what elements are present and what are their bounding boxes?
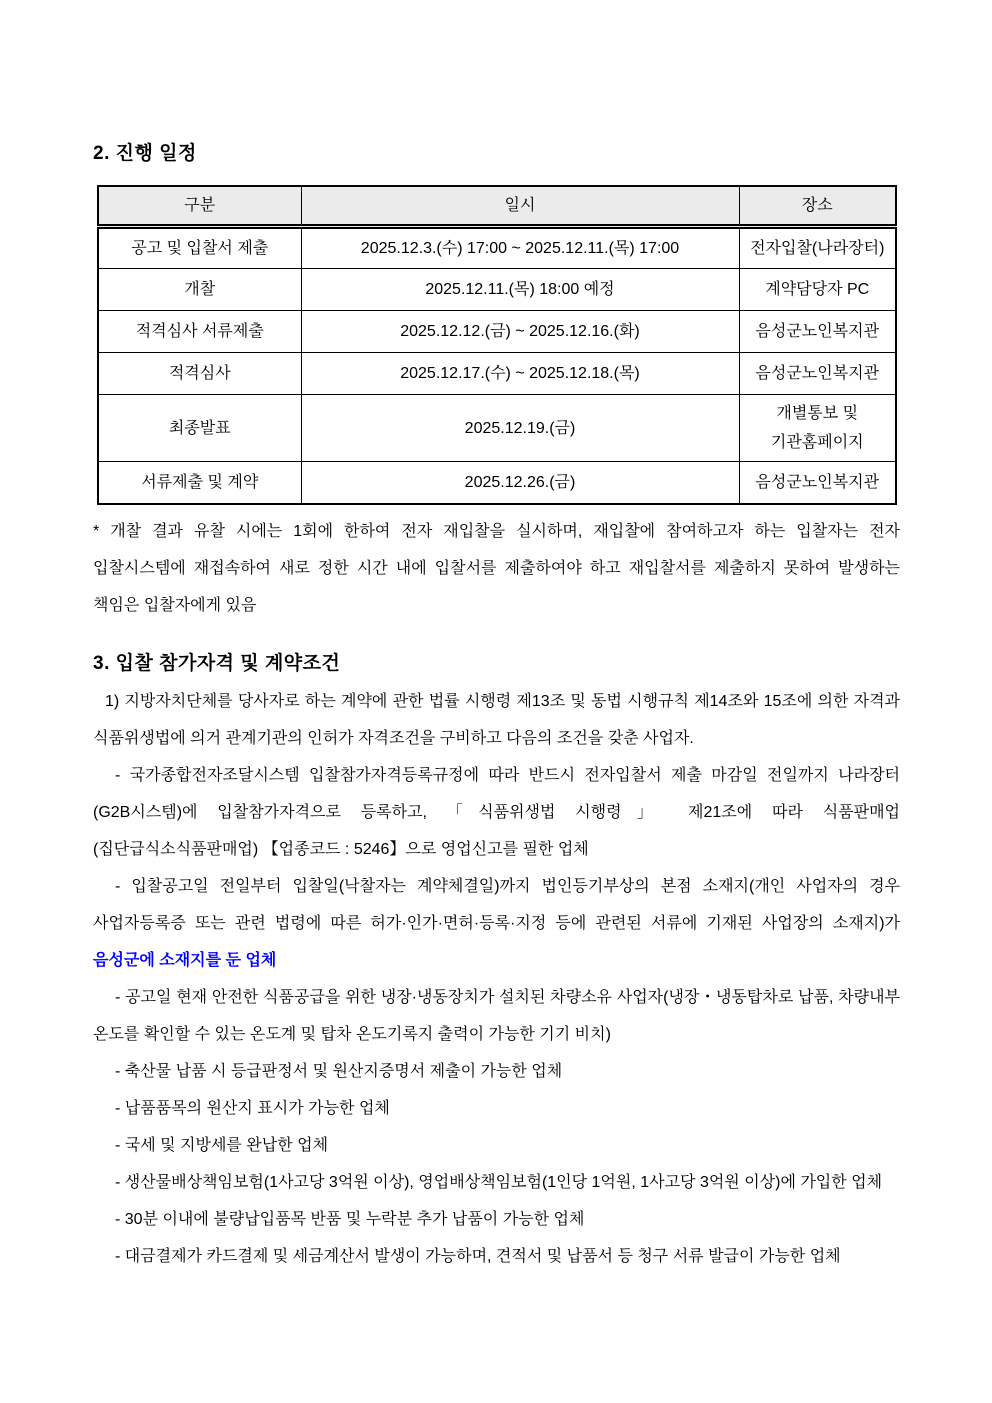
schedule-datetime: 2025.12.11.(목) 18:00 예정 bbox=[301, 269, 739, 311]
section3-title: 3. 입찰 참가자격 및 계약조건 bbox=[93, 648, 900, 675]
schedule-datetime: 2025.12.26.(금) bbox=[301, 462, 739, 504]
schedule-datetime: 2025.12.17.(수) ~ 2025.12.18.(목) bbox=[301, 353, 739, 395]
schedule-category: 개찰 bbox=[98, 269, 301, 311]
bullet-item-refrigerated-vehicle: - 공고일 현재 안전한 식품공급을 위한 냉장·냉동장치가 설치된 차량소유 … bbox=[93, 979, 900, 1053]
schedule-category: 최종발표 bbox=[98, 395, 301, 462]
bullet-item-origin-labeling: - 납품품목의 원산지 표시가 가능한 업체 bbox=[93, 1090, 900, 1127]
schedule-location: 음성군노인복지관 bbox=[739, 311, 896, 353]
document-page: 2. 진행 일정 구분 일시 장소 공고 및 입찰서 제출 2025.12.3.… bbox=[0, 0, 992, 1403]
bullet-text: - 입찰공고일 전일부터 입찰일(낙찰자는 계약체결일)까지 법인등기부상의 본… bbox=[93, 878, 900, 932]
schedule-location: 음성군노인복지관 bbox=[739, 462, 896, 504]
column-header-location: 장소 bbox=[739, 186, 896, 227]
table-row: 공고 및 입찰서 제출 2025.12.3.(수) 17:00 ~ 2025.1… bbox=[98, 227, 896, 269]
table-row: 최종발표 2025.12.19.(금) 개별통보 및 기관홈페이지 bbox=[98, 395, 896, 462]
column-header-datetime: 일시 bbox=[301, 186, 739, 227]
schedule-table: 구분 일시 장소 공고 및 입찰서 제출 2025.12.3.(수) 17:00… bbox=[97, 185, 897, 505]
bullet-item-tax-payment: - 국세 및 지방세를 완납한 업체 bbox=[93, 1127, 900, 1164]
section3-intro: 1) 지방자치단체를 당사자로 하는 계약에 관한 법률 시행령 제13조 및 … bbox=[93, 683, 900, 757]
table-header-row: 구분 일시 장소 bbox=[98, 186, 896, 227]
bullet-item-location-requirement: - 입찰공고일 전일부터 입찰일(낙찰자는 계약체결일)까지 법인등기부상의 본… bbox=[93, 868, 900, 979]
schedule-datetime: 2025.12.3.(수) 17:00 ~ 2025.12.11.(목) 17:… bbox=[301, 227, 739, 269]
bullet-item-liability-insurance: - 생산물배상책임보험(1사고당 3억원 이상), 영업배상책임보험(1인당 1… bbox=[93, 1164, 900, 1201]
highlighted-location-text: 음성군에 소재지를 둔 업체 bbox=[93, 952, 276, 969]
schedule-location: 계약담당자 PC bbox=[739, 269, 896, 311]
bullet-item-payment-documents: - 대금결제가 카드결제 및 세금계산서 발생이 가능하며, 견적서 및 납품서… bbox=[93, 1238, 900, 1275]
bullet-item-livestock-certificates: - 축산물 납품 시 등급판정서 및 원산지증명서 제출이 가능한 업체 bbox=[93, 1053, 900, 1090]
bullet-item-g2b-registration: - 국가종합전자조달시스템 입찰참가자격등록규정에 따라 반드시 전자입찰서 제… bbox=[93, 757, 900, 868]
schedule-category: 서류제출 및 계약 bbox=[98, 462, 301, 504]
schedule-location: 전자입찰(나라장터) bbox=[739, 227, 896, 269]
table-row: 개찰 2025.12.11.(목) 18:00 예정 계약담당자 PC bbox=[98, 269, 896, 311]
schedule-location: 개별통보 및 기관홈페이지 bbox=[739, 395, 896, 462]
table-row: 적격심사 2025.12.17.(수) ~ 2025.12.18.(목) 음성군… bbox=[98, 353, 896, 395]
column-header-category: 구분 bbox=[98, 186, 301, 227]
schedule-category: 적격심사 서류제출 bbox=[98, 311, 301, 353]
table-row: 적격심사 서류제출 2025.12.12.(금) ~ 2025.12.16.(화… bbox=[98, 311, 896, 353]
table-row: 서류제출 및 계약 2025.12.26.(금) 음성군노인복지관 bbox=[98, 462, 896, 504]
schedule-category: 공고 및 입찰서 제출 bbox=[98, 227, 301, 269]
schedule-location: 음성군노인복지관 bbox=[739, 353, 896, 395]
schedule-category: 적격심사 bbox=[98, 353, 301, 395]
schedule-datetime: 2025.12.12.(금) ~ 2025.12.16.(화) bbox=[301, 311, 739, 353]
bullet-item-30min-redelivery: - 30분 이내에 불량납입품목 반품 및 누락분 추가 납품이 가능한 업체 bbox=[93, 1201, 900, 1238]
schedule-datetime: 2025.12.19.(금) bbox=[301, 395, 739, 462]
rebid-note: * 개찰 결과 유찰 시에는 1회에 한하여 전자 재입찰을 실시하며, 재입찰… bbox=[93, 513, 900, 624]
section2-title: 2. 진행 일정 bbox=[93, 138, 900, 165]
